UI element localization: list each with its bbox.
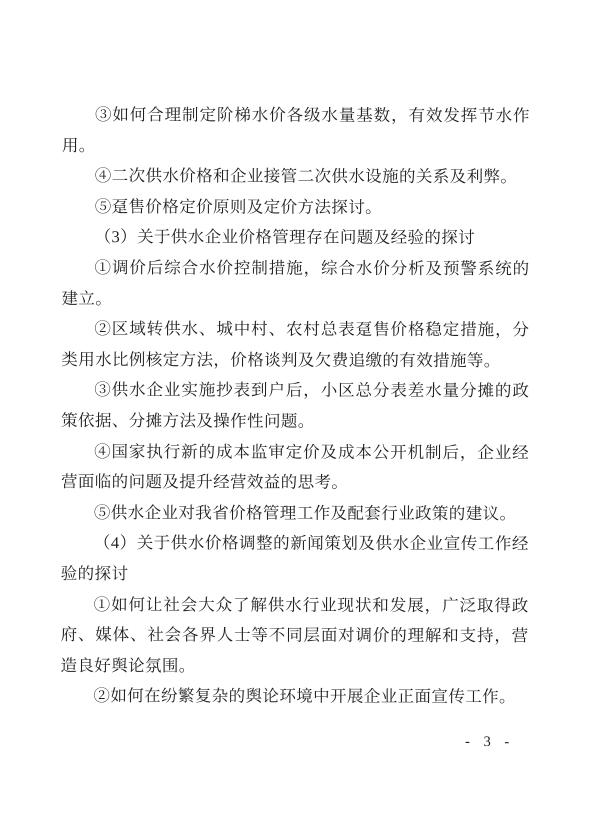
paragraph: ③供水企业实施抄表到户后，小区总分表差水量分摊的政策依据、分摊方法及操作性问题。	[61, 375, 529, 437]
page-number: - 3 -	[465, 734, 514, 751]
section-heading: （3）关于供水企业价格管理存在问题及经验的探讨	[62, 222, 530, 254]
paragraph: ②区域转供水、城中村、农村总表趸售价格稳定措施，分类用水比例核定方法，价格谈判及…	[61, 314, 529, 376]
paragraph: ①如何让社会大众了解供水行业现状和发展，广泛取得政府、媒体、社会各界人士等不同层…	[60, 589, 528, 682]
paragraph: ⑤供水企业对我省价格管理工作及配套行业政策的建议。	[61, 498, 529, 530]
paragraph: ③如何合理制定阶梯水价各级水量基数，有效发挥节水作用。	[62, 100, 530, 162]
paragraph: ④国家执行新的成本监审定价及成本公开机制后，企业经营面临的问题及提升经营效益的思…	[61, 437, 529, 499]
document-page: ③如何合理制定阶梯水价各级水量基数，有效发挥节水作用。 ④二次供水价格和企业接管…	[0, 0, 590, 834]
section-heading: （4）关于供水价格调整的新闻策划及供水企业宣传工作经验的探讨	[61, 528, 529, 590]
paragraph: ④二次供水价格和企业接管二次供水设施的关系及利弊。	[62, 161, 530, 193]
paragraph: ①调价后综合水价控制措施，综合水价分析及预警系统的建立。	[61, 253, 529, 315]
paragraph: ⑤趸售价格定价原则及定价方法探讨。	[62, 192, 530, 224]
document-body: ③如何合理制定阶梯水价各级水量基数，有效发挥节水作用。 ④二次供水价格和企业接管…	[60, 100, 530, 713]
paragraph: ②如何在纷繁复杂的舆论环境中开展企业正面宣传工作。	[60, 681, 528, 713]
